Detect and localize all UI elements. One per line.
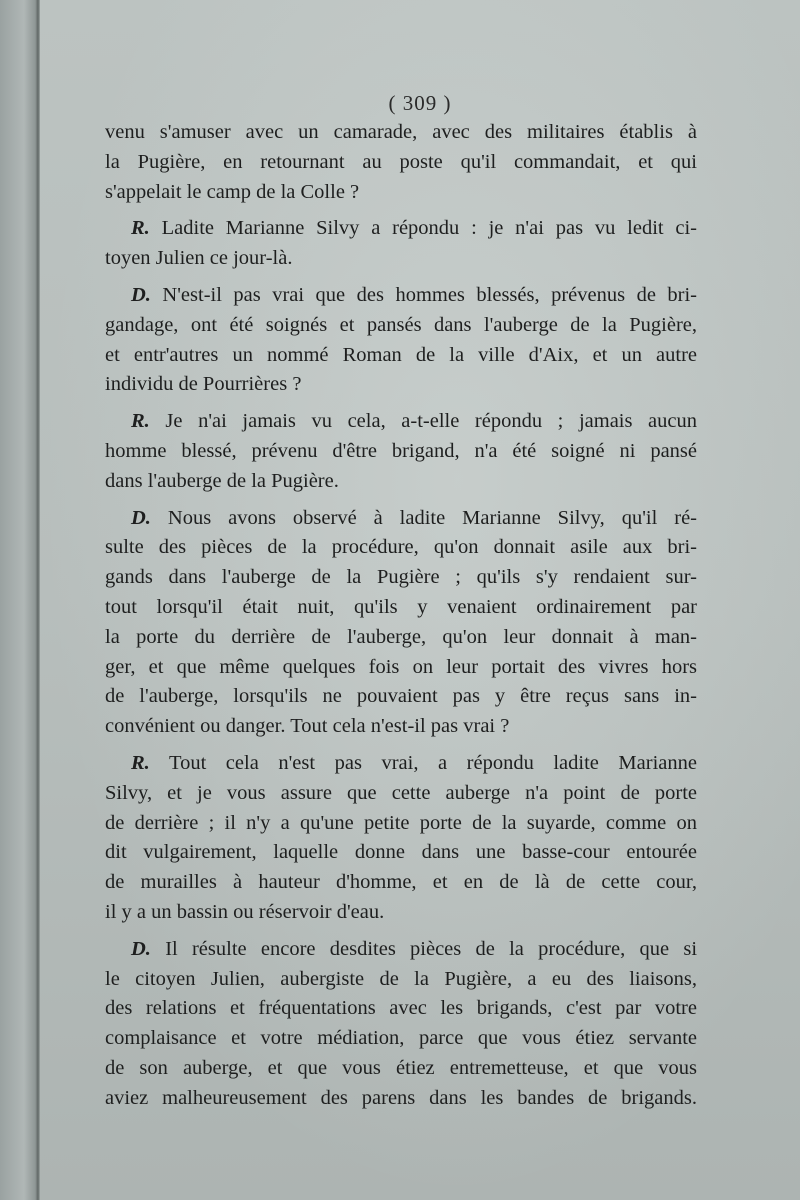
- text-line: des relations et fréquentations avec les…: [105, 994, 697, 1024]
- speaker-label: R.: [131, 217, 150, 239]
- book-gutter: [0, 0, 40, 1200]
- text-line: dans l'auberge de la Pugière.: [105, 467, 697, 497]
- text-line: R. Tout cela n'est pas vrai, a répondu l…: [105, 749, 697, 779]
- text-line: toyen Julien ce jour-là.: [105, 244, 697, 274]
- text-line: ger, et que même quelques fois on leur p…: [105, 653, 697, 683]
- text-line: de murailles à hauteur d'homme, et en de…: [105, 868, 697, 898]
- text-line: s'appelait le camp de la Colle ?: [105, 178, 697, 208]
- text-line: la porte du derrière de l'auberge, qu'on…: [105, 623, 697, 653]
- speaker-label: D.: [131, 284, 151, 306]
- text-line: convénient ou danger. Tout cela n'est-il…: [105, 712, 697, 742]
- paragraph-question: D. N'est-il pas vrai que des hommes bles…: [105, 281, 697, 400]
- paragraph-question: D. Il résulte encore desdites pièces de …: [105, 935, 697, 1114]
- page-body: venu s'amuser avec un camarade, avec des…: [105, 118, 697, 1114]
- text-line: D. N'est-il pas vrai que des hommes bles…: [105, 281, 697, 311]
- paragraph-response: R. Je n'ai jamais vu cela, a-t-elle répo…: [105, 407, 697, 496]
- text-line: D. Nous avons observé à ladite Marianne …: [105, 504, 697, 534]
- speaker-label: R.: [131, 752, 150, 774]
- text-line: dit vulgairement, laquelle donne dans un…: [105, 838, 697, 868]
- text-line: de derrière ; il n'y a qu'une petite por…: [105, 809, 697, 839]
- text-line: D. Il résulte encore desdites pièces de …: [105, 935, 697, 965]
- text-line: R. Je n'ai jamais vu cela, a-t-elle répo…: [105, 407, 697, 437]
- paragraph-response: R. Tout cela n'est pas vrai, a répondu l…: [105, 749, 697, 928]
- speaker-label: D.: [131, 507, 151, 529]
- text-line: gandage, ont été soignés et pansés dans …: [105, 311, 697, 341]
- page-number: ( 309 ): [40, 91, 800, 116]
- paragraph-response: R. Ladite Marianne Silvy a répondu : je …: [105, 214, 697, 274]
- speaker-label: R.: [131, 410, 150, 432]
- text-line: Silvy, et je vous assure que cette auber…: [105, 779, 697, 809]
- book-page: ( 309 ) venu s'amuser avec un camarade, …: [40, 0, 800, 1200]
- text-line: il y a un bassin ou réservoir d'eau.: [105, 898, 697, 928]
- paragraph-continuation: venu s'amuser avec un camarade, avec des…: [105, 118, 697, 207]
- text-line: sulte des pièces de la procédure, qu'on …: [105, 533, 697, 563]
- text-line: de l'auberge, lorsqu'ils ne pouvaient pa…: [105, 682, 697, 712]
- text-line: complaisance et votre médiation, parce q…: [105, 1024, 697, 1054]
- text-line: la Pugière, en retournant au poste qu'il…: [105, 148, 697, 178]
- text-line: individu de Pourrières ?: [105, 370, 697, 400]
- paragraph-question: D. Nous avons observé à ladite Marianne …: [105, 504, 697, 742]
- text-line: gands dans l'auberge de la Pugière ; qu'…: [105, 563, 697, 593]
- text-line: de son auberge, et que vous étiez entrem…: [105, 1054, 697, 1084]
- text-line: et entr'autres un nommé Roman de la vill…: [105, 341, 697, 371]
- text-line: homme blessé, prévenu d'être brigand, n'…: [105, 437, 697, 467]
- text-line: R. Ladite Marianne Silvy a répondu : je …: [105, 214, 697, 244]
- speaker-label: D.: [131, 938, 151, 960]
- text-line: venu s'amuser avec un camarade, avec des…: [105, 118, 697, 148]
- text-line: tout lorsqu'il était nuit, qu'ils y vena…: [105, 593, 697, 623]
- text-line: le citoyen Julien, aubergiste de la Pugi…: [105, 965, 697, 995]
- text-line: aviez malheureusement des parens dans le…: [105, 1084, 697, 1114]
